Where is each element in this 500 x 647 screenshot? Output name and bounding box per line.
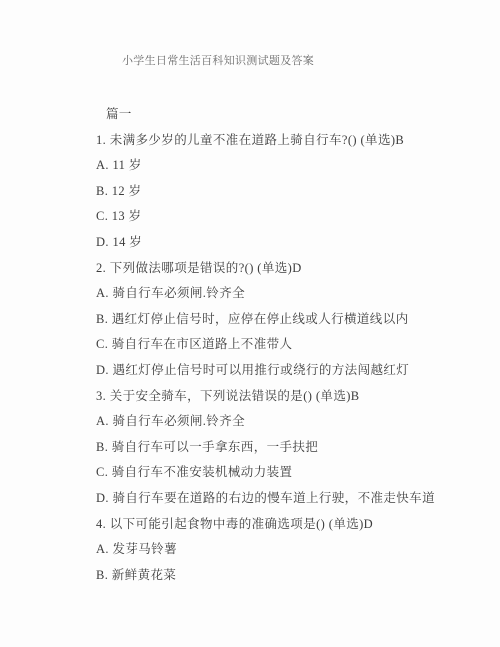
question-1-option-a: A. 11 岁: [96, 153, 486, 179]
question-4-prompt: 4. 以下可能引起食物中毒的准确选项是() (单选)D: [96, 512, 486, 538]
question-2-option-a: A. 骑自行车必须闸.铃齐全: [96, 281, 486, 307]
document-title: 小学生日常生活百科知识测试题及答案: [122, 55, 314, 68]
question-4-option-b: B. 新鲜黄花菜: [96, 563, 486, 589]
question-1-option-c: C. 13 岁: [96, 204, 486, 230]
question-1-prompt: 1. 未满多少岁的儿童不准在道路上骑自行车?() (单选)B: [96, 128, 486, 154]
question-2-option-d: D. 遇红灯停止信号时可以用推行或绕行的方法闯越红灯: [96, 358, 486, 384]
document-page: 小学生日常生活百科知识测试题及答案 篇一 1. 未满多少岁的儿童不准在道路上骑自…: [0, 0, 500, 647]
question-1-option-d: D. 14 岁: [96, 230, 486, 256]
question-2-option-c: C. 骑自行车在市区道路上不准带人: [96, 332, 486, 358]
section-heading: 篇一: [96, 102, 486, 128]
question-3-prompt: 3. 关于安全骑车，下列说法错误的是() (单选)B: [96, 384, 486, 410]
question-2-option-b: B. 遇红灯停止信号时，应停在停止线或人行横道线以内: [96, 307, 486, 333]
question-4-option-a: A. 发芽马铃薯: [96, 537, 486, 563]
quiz-content: 篇一 1. 未满多少岁的儿童不准在道路上骑自行车?() (单选)B A. 11 …: [96, 102, 486, 588]
question-2-prompt: 2. 下列做法哪项是错误的?() (单选)D: [96, 256, 486, 282]
question-1-option-b: B. 12 岁: [96, 179, 486, 205]
question-3-option-b: B. 骑自行车可以一手拿东西，一手扶把: [96, 435, 486, 461]
question-3-option-d: D. 骑自行车要在道路的右边的慢车道上行驶，不准走快车道: [96, 486, 486, 512]
question-3-option-a: A. 骑自行车必须闸.铃齐全: [96, 409, 486, 435]
question-3-option-c: C. 骑自行车不准安装机械动力装置: [96, 460, 486, 486]
